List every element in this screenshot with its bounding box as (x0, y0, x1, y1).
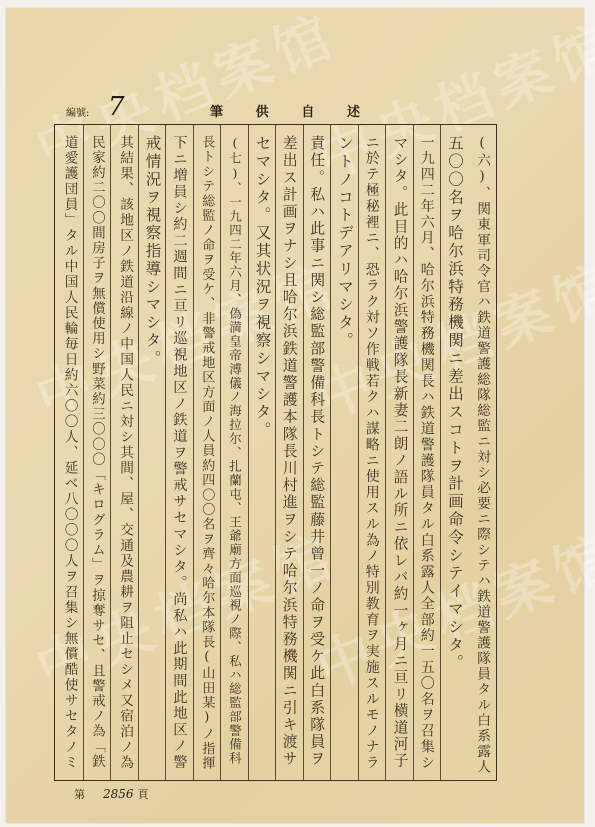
text-column: セマシタ。又其状況ヲ視察シマシタ。 (248, 125, 276, 780)
text-column: 戒情況ヲ視察指導シマシタ。 (138, 125, 166, 780)
column-text: ントノコトデアリマシタ。 (337, 135, 353, 350)
column-text: (七)、一九四二年六月、偽満皇帝溥儀ノ海拉尔、扎蘭屯、王爺廟方面巡視ノ際、私ハ総… (228, 135, 241, 766)
column-text: 其結果、該地区ノ鉄道沿線ノ中国人民ニ対シ其間、屋、交通及農耕ヲ阻止セシメ又宿泊ノ… (117, 135, 131, 771)
text-column: 下ニ増員シ約二週間ニ亘リ巡視地区ノ鉄道ヲ警戒サセマシタ。尚私ハ此期間此地区ノ警 (165, 125, 193, 780)
text-column: マシタ。此目的ハ哈尔浜警護隊長新妻二朗ノ語ル所ニ依レバ約一ヶ月ニ亘リ横道河子 (385, 125, 413, 780)
column-text: 五〇〇名ヲ哈尔浜特務機関ニ差出スコトヲ計画命令シテイマシタ。 (447, 135, 463, 672)
text-column: 長トシテ総監ノ命ヲ受ケ、非警戒地区方面ノ人員約四〇〇名ヲ齊々哈尔本隊長(山田某)… (193, 125, 221, 780)
page-footer: 第 2856 頁 (74, 786, 149, 802)
column-text: 長トシテ総監ノ命ヲ受ケ、非警戒地区方面ノ人員約四〇〇名ヲ齊々哈尔本隊長(山田某)… (200, 135, 213, 771)
column-text: 民家約二〇〇間房子ヲ無償使用シ野菜約三〇〇〇「キログラム」ヲ掠奪サセ、且警戒ノ為… (90, 135, 103, 769)
title-char: 自 (301, 101, 314, 120)
title-char: 筆 (210, 101, 223, 120)
text-column: (六)、関東軍司令官ハ鉄道警護総隊総監ニ対シ必要ニ際シテハ鉄道警護隊員タル白系露… (468, 125, 496, 780)
serial-number: 7 (108, 92, 125, 122)
text-column: 差出ス計画ヲナシ且哈尔浜鉄道警護本隊長川村進ヲシテ哈尔浜特務機関ニ引キ渡サ (275, 125, 303, 780)
text-column: (七)、一九四二年六月、偽満皇帝溥儀ノ海拉尔、扎蘭屯、王爺廟方面巡視ノ際、私ハ総… (220, 125, 248, 780)
page-suffix: 頁 (138, 786, 149, 802)
column-text: 責任。私ハ此事ニ関シ総監部警備科長トシテ総監藤井曾一ノ命ヲ受ケ此白系隊員ヲ (309, 135, 324, 768)
serial-number-label: 編號: (66, 104, 89, 119)
column-text: 戒情況ヲ視察指導シマシタ。 (144, 135, 160, 368)
text-column: 五〇〇名ヲ哈尔浜特務機関ニ差出スコトヲ計画命令シテイマシタ。 (440, 125, 468, 780)
text-column: ントノコトデアリマシタ。 (330, 125, 358, 780)
column-text: (六)、関東軍司令官ハ鉄道警護総隊総監ニ対シ必要ニ際シテハ鉄道警護隊員タル白系露… (474, 135, 488, 775)
text-column: ニ於テ極秘裡ニ、恐ラク対ソ作戦若クハ謀略ニ使用スル為ノ特別教育ヲ実施スルモノナラ (358, 125, 386, 780)
text-column: 一九四二年六月、哈尔浜特務機関長ハ鉄道警護隊員タル白系露人全部約一五〇名ヲ召集シ (413, 125, 441, 780)
page-prefix: 第 (74, 786, 85, 802)
text-column: 責任。私ハ此事ニ関シ総監部警備科長トシテ総監藤井曾一ノ命ヲ受ケ此白系隊員ヲ (303, 125, 331, 780)
column-text: 下ニ増員シ約二週間ニ亘リ巡視地区ノ鉄道ヲ警戒サセマシタ。尚私ハ此期間此地区ノ警 (172, 135, 186, 771)
column-text: 道愛護団員」タル中国人民輪毎日約六〇〇人、延ベ八〇〇〇人ヲ召集シ無償酷使サセタノ… (62, 135, 76, 771)
column-text: セマシタ。又其状況ヲ視察シマシタ。 (254, 135, 270, 439)
page-number: 2856 (103, 787, 134, 801)
text-column: 道愛護団員」タル中国人民輪毎日約六〇〇人、延ベ八〇〇〇人ヲ召集シ無償酷使サセタノ… (55, 125, 83, 780)
column-text: ニ於テ極秘裡ニ、恐ラク対ソ作戦若クハ謀略ニ使用スル為ノ特別教育ヲ実施スルモノナラ (365, 135, 379, 771)
page-title: 筆 供 自 述 (210, 101, 360, 120)
column-text: マシタ。此目的ハ哈尔浜警護隊長新妻二朗ノ語ル所ニ依レバ約一ヶ月ニ亘リ横道河子 (392, 135, 407, 770)
column-text: 一九四二年六月、哈尔浜特務機関長ハ鉄道警護隊員タル白系露人全部約一五〇名ヲ召集シ (420, 135, 434, 771)
text-column: 民家約二〇〇間房子ヲ無償使用シ野菜約三〇〇〇「キログラム」ヲ掠奪サセ、且警戒ノ為… (83, 125, 111, 780)
column-text: 差出ス計画ヲナシ且哈尔浜鉄道警護本隊長川村進ヲシテ哈尔浜特務機関ニ引キ渡サ (282, 135, 297, 768)
title-char: 供 (256, 101, 269, 120)
text-column: 其結果、該地区ノ鉄道沿線ノ中国人民ニ対シ其間、屋、交通及農耕ヲ阻止セシメ又宿泊ノ… (110, 125, 138, 780)
manuscript-grid: (六)、関東軍司令官ハ鉄道警護総隊総監ニ対シ必要ニ際シテハ鉄道警護隊員タル白系露… (54, 124, 497, 781)
title-char: 述 (347, 101, 360, 120)
